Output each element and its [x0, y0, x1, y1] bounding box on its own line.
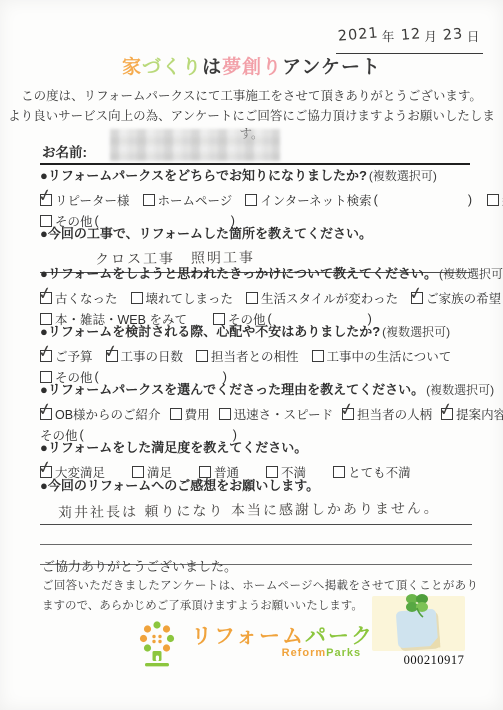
- question-heading: ●リフォームをしようと思われたきっかけについて教えてください。(複数選択可): [40, 266, 472, 282]
- survey-option: 紹介: [487, 191, 503, 209]
- survey-option: 担当者の人柄: [342, 405, 432, 423]
- answer-blank: [380, 199, 466, 200]
- logo-en-parks: Parks: [326, 647, 361, 659]
- survey-option: 生活スタイルが変わった: [246, 289, 398, 307]
- checkbox-checked-icon: [40, 194, 52, 206]
- question-text: ●リフォームを検討される際、心配や不安はありましたか?: [40, 324, 380, 339]
- survey-option: 工事中の生活について: [312, 347, 452, 365]
- survey-option: ホームページ: [143, 191, 233, 209]
- question-text: ●リフォームパークスをどちらでお知りになりましたか?: [40, 168, 367, 183]
- option-label: 提案内容: [456, 405, 503, 423]
- option-row: ご予算工事の日数担当者との相性工事中の生活について: [40, 345, 472, 366]
- option-label: 迅速さ・スピード: [234, 405, 334, 423]
- checkbox-icon: [213, 313, 225, 325]
- multi-select-note: (複数選択可): [382, 325, 450, 339]
- answer-blank: [274, 318, 366, 319]
- question-block-source: ●リフォームパークスをどちらでお知りになりましたか?(複数選択可) リピーター様…: [40, 168, 472, 231]
- checkbox-icon: [170, 408, 182, 420]
- date-year-handwritten: 2021: [337, 25, 379, 45]
- answer-blank: [101, 220, 229, 221]
- checkbox-icon: [333, 466, 345, 478]
- survey-option: 担当者との相性: [196, 347, 299, 365]
- checkbox-checked-icon: [441, 408, 453, 420]
- serial-number: 000210917: [398, 653, 470, 668]
- checkbox-checked-icon: [40, 466, 52, 478]
- checkbox-icon: [199, 466, 211, 478]
- title-part-wa: は: [202, 57, 222, 78]
- paren-open: (: [374, 193, 378, 207]
- answer-line: 苅井社長は 頼りになり 本当に感謝しかありません。: [40, 499, 472, 525]
- survey-document: 2021年 12月 23日 家づくりは夢創りアンケート この度は、リフォームパー…: [0, 0, 503, 710]
- question-text: ●リフォームをしようと思われたきっかけについて教えてください。: [40, 266, 437, 281]
- option-label: 担当者の人柄: [357, 405, 432, 423]
- date-field: 2021年 12月 23日: [335, 27, 485, 45]
- option-label: 古くなった: [55, 289, 118, 307]
- name-field: お名前:: [40, 133, 470, 165]
- checkbox-checked-icon: [40, 408, 52, 420]
- date-month-handwritten: 12: [400, 26, 422, 44]
- ferris-wheel-icon: [133, 618, 181, 672]
- question-text: ●今回のリフォームへのご感想をお願いします。: [40, 478, 319, 493]
- question-block-motivation: ●リフォームをしようと思われたきっかけについて教えてください。(複数選択可) 古…: [40, 266, 472, 329]
- survey-option: 提案内容: [441, 405, 503, 423]
- option-label: 工事の日数: [121, 347, 184, 365]
- checkbox-icon: [245, 194, 257, 206]
- title-part-house: 家: [122, 57, 142, 78]
- survey-option: 費用: [170, 405, 210, 423]
- checkbox-icon: [132, 466, 144, 478]
- logo-en-reform: Reform: [282, 647, 327, 659]
- logo-jp-reform: リフォーム: [191, 625, 305, 648]
- clover-icon: [400, 590, 434, 620]
- question-text: ●リフォームをした満足度を教えてください。: [40, 440, 307, 455]
- checkbox-checked-icon: [106, 350, 118, 362]
- option-label: 壊れてしまった: [146, 289, 234, 307]
- checkbox-checked-icon: [411, 292, 423, 304]
- option-label: ホームページ: [158, 191, 233, 209]
- checkbox-icon: [487, 194, 499, 206]
- option-label: リピーター様: [55, 191, 130, 209]
- clover-note-image: [372, 596, 465, 651]
- checkbox-icon: [131, 292, 143, 304]
- question-heading: ●リフォームパークスを選んでくださった理由を教えてください。(複数選択可): [40, 382, 472, 398]
- option-label: 費用: [185, 405, 210, 423]
- survey-option: 壊れてしまった: [131, 289, 234, 307]
- date-month-label: 月: [424, 30, 437, 44]
- logo-text-group: リフォームパークス ReformParks: [191, 618, 397, 659]
- checkbox-icon: [246, 292, 258, 304]
- survey-option: ご家族の希望: [411, 289, 501, 307]
- question-text: ●リフォームパークスを選んでくださった理由を教えてください。: [40, 382, 424, 397]
- answer-blank: [101, 376, 221, 377]
- survey-option: リピーター様: [40, 191, 130, 209]
- checkbox-checked-icon: [342, 408, 354, 420]
- survey-option: 古くなった: [40, 289, 118, 307]
- option-label: OB様からのご紹介: [55, 405, 161, 423]
- checkbox-checked-icon: [40, 350, 52, 362]
- checkbox-checked-icon: [40, 292, 52, 304]
- option-label: ご予算: [55, 347, 93, 365]
- checkbox-icon: [219, 408, 231, 420]
- multi-select-note: (複数選択可): [369, 169, 437, 183]
- intro-line-1: この度は、リフォームパークスにて工事施工をさせて頂きありがとうございます。: [0, 86, 503, 104]
- survey-option: ご予算: [40, 347, 93, 365]
- option-label: インターネット検索: [260, 191, 371, 209]
- multi-select-note: (複数選択可): [426, 383, 494, 397]
- question-text: ●今回の工事で、リフォームした箇所を教えてください。: [40, 226, 372, 241]
- question-heading: ●リフォームをした満足度を教えてください。: [40, 440, 472, 456]
- option-row: 古くなった壊れてしまった生活スタイルが変わったご家族の希望: [40, 287, 472, 308]
- date-year-label: 年: [382, 30, 395, 44]
- question-block-reason-chosen: ●リフォームパークスを選んでくださった理由を教えてください。(複数選択可) OB…: [40, 382, 472, 445]
- date-day-label: 日: [467, 30, 480, 44]
- title-part-dream: 夢創り: [222, 57, 282, 78]
- option-label: 工事中の生活について: [327, 347, 452, 365]
- survey-title: 家づくりは夢創りアンケート: [0, 52, 503, 79]
- paren-close: ): [468, 193, 472, 207]
- logo-english-name: ReformParks: [191, 647, 397, 659]
- checkbox-icon: [40, 313, 52, 325]
- survey-option: インターネット検索(): [245, 191, 474, 209]
- checkbox-icon: [196, 350, 208, 362]
- option-label: ご家族の希望: [426, 289, 501, 307]
- option-row: OB様からのご紹介費用迅速さ・スピード担当者の人柄提案内容: [40, 403, 472, 424]
- survey-option: 工事の日数: [106, 347, 184, 365]
- title-part-survey: アンケート: [282, 57, 381, 78]
- question-heading: ●今回のリフォームへのご感想をお願いします。: [40, 478, 472, 494]
- answer-blank: [86, 434, 231, 435]
- question-block-satisfaction: ●リフォームをした満足度を教えてください。 大変満足満足普通不満とても不満: [40, 440, 472, 482]
- logo-japanese-name: リフォームパークス: [191, 626, 397, 648]
- ruled-line: [40, 525, 472, 545]
- handwritten-answer: 苅井社長は 頼りになり 本当に感謝しかありません。: [58, 498, 440, 523]
- option-label: 生活スタイルが変わった: [261, 289, 398, 307]
- checkbox-icon: [40, 371, 52, 383]
- survey-option: OB様からのご紹介: [40, 405, 161, 423]
- option-label: 担当者との相性: [211, 347, 299, 365]
- question-heading: ●今回の工事で、リフォームした箇所を教えてください。: [40, 226, 472, 242]
- date-day-handwritten: 23: [443, 26, 465, 44]
- question-heading: ●リフォームを検討される際、心配や不安はありましたか?(複数選択可): [40, 324, 472, 340]
- survey-option: 迅速さ・スピード: [219, 405, 334, 423]
- checkbox-icon: [266, 466, 278, 478]
- title-part-zukuri: づくり: [142, 57, 202, 78]
- checkbox-icon: [40, 215, 52, 227]
- option-row: リピーター様ホームページインターネット検索()紹介: [40, 189, 472, 210]
- question-heading: ●リフォームパークスをどちらでお知りになりましたか?(複数選択可): [40, 168, 472, 184]
- name-redaction-blur: [110, 129, 280, 161]
- name-label: お名前:: [42, 141, 87, 161]
- multi-select-note: (複数選択可): [439, 267, 503, 281]
- question-block-comments: ●今回のリフォームへのご感想をお願いします。 苅井社長は 頼りになり 本当に感謝…: [40, 478, 472, 565]
- company-logo: リフォームパークス ReformParks: [133, 618, 397, 672]
- checkbox-icon: [312, 350, 324, 362]
- checkbox-icon: [143, 194, 155, 206]
- question-block-concerns: ●リフォームを検討される際、心配や不安はありましたか?(複数選択可) ご予算工事…: [40, 324, 472, 387]
- closing-thanks: ご協力ありがとうございました。: [42, 556, 237, 575]
